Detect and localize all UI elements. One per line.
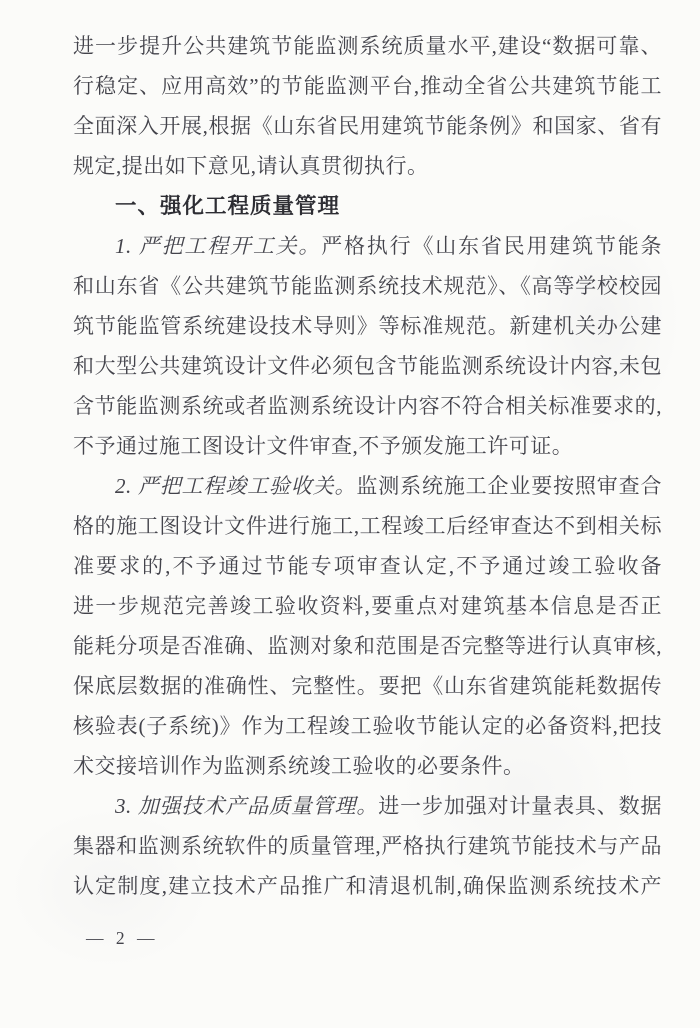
text-line: 和大型公共建筑设计文件必须包含节能监测系统设计内容,未包 — [73, 346, 662, 386]
text-line: 筑节能监管系统建设技术导则》等标准规范。新建机关办公建筑 — [73, 306, 662, 346]
text-line: 能耗分项是否准确、监测对象和范围是否完整等进行认真审核,确 — [73, 626, 662, 666]
text-line: 准要求的,不予通过节能专项审查认定,不予通过竣工验收备案。 — [73, 546, 662, 586]
text-line: 行稳定、应用高效”的节能监测平台,推动全省公共建筑节能工作 — [73, 66, 662, 106]
text-line: 不予通过施工图设计文件审查,不予颁发施工许可证。 — [73, 426, 662, 466]
page-number: — 2 — — [86, 928, 159, 949]
numbered-item-lead: 1. 严把工程开工关。 — [115, 234, 321, 258]
text-line: 规定,提出如下意见,请认真贯彻执行。 — [73, 146, 662, 186]
text-line: 进一步规范完善竣工验收资料,要重点对建筑基本信息是否正确、 — [73, 586, 662, 626]
text-line: 术交接培训作为监测系统竣工验收的必要条件。 — [73, 746, 662, 786]
text-line: 进一步提升公共建筑节能监测系统质量水平,建设“数据可靠、运 — [73, 26, 662, 66]
text-line: 格的施工图设计文件进行施工,工程竣工后经审查达不到相关标 — [73, 506, 662, 546]
document-body: 进一步提升公共建筑节能监测系统质量水平,建设“数据可靠、运行稳定、应用高效”的节… — [73, 26, 662, 906]
text-line: 全面深入开展,根据《山东省民用建筑节能条例》和国家、省有关 — [73, 106, 662, 146]
text-line: 保底层数据的准确性、完整性。要把《山东省建筑能耗数据传输 — [73, 666, 662, 706]
text-line: 认定制度,建立技术产品推广和清退机制,确保监测系统技术产品 — [73, 866, 662, 906]
text-line: 集器和监测系统软件的质量管理,严格执行建筑节能技术与产品 — [73, 826, 662, 866]
section-heading: 一、强化工程质量管理 — [73, 186, 662, 226]
document-page: 进一步提升公共建筑节能监测系统质量水平,建设“数据可靠、运行稳定、应用高效”的节… — [0, 0, 700, 1028]
text-line: 1. 严把工程开工关。严格执行《山东省民用建筑节能条例》 — [73, 226, 662, 266]
numbered-item-lead: 3. 加强技术产品质量管理。 — [115, 794, 378, 818]
text-line: 3. 加强技术产品质量管理。进一步加强对计量表具、数据采 — [73, 786, 662, 826]
numbered-item-lead: 2. 严把工程竣工验收关。 — [115, 474, 356, 498]
text-line: 含节能监测系统或者监测系统设计内容不符合相关标准要求的, — [73, 386, 662, 426]
text-line: 核验表(子系统)》作为工程竣工验收节能认定的必备资料,把技 — [73, 706, 662, 746]
text-line: 2. 严把工程竣工验收关。监测系统施工企业要按照审查合 — [73, 466, 662, 506]
text-line: 和山东省《公共建筑节能监测系统技术规范》、《高等学校校园建 — [73, 266, 662, 306]
